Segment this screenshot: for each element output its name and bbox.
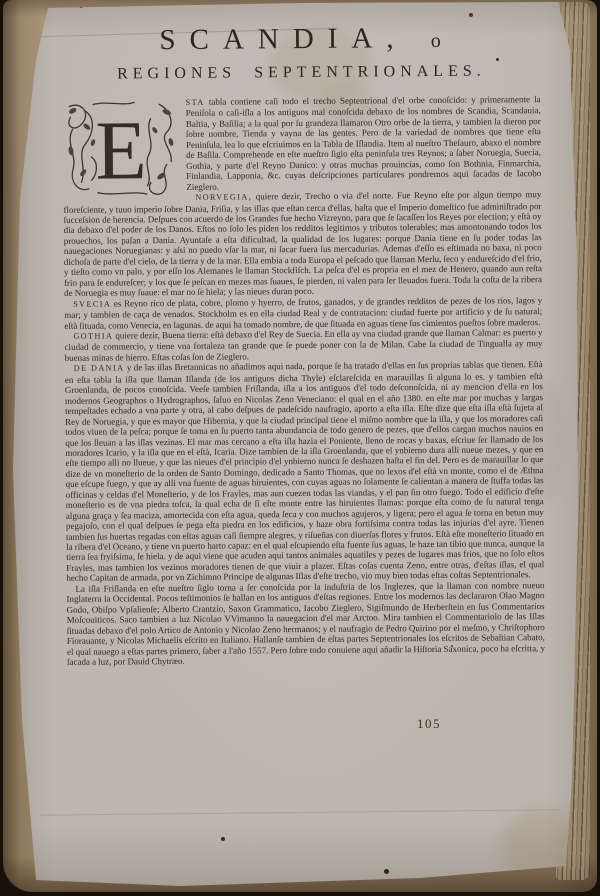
body-paragraph: SVECIA es Reyno rico de plata, cobre, pl… xyxy=(64,295,542,331)
paragraph-text: tabla contiene caſi todo el trecho Septe… xyxy=(186,94,542,191)
body-paragraph: DE DANIA y de las iſlas Bretannicas no a… xyxy=(65,359,545,583)
paragraph-lead: NORVEGIA, xyxy=(195,192,252,201)
page-number: 105 xyxy=(417,716,441,732)
paragraph-lead: SVECIA xyxy=(73,299,111,308)
body-paragraph: GOTHIA quiere dezir, Buena tierra: eſtà … xyxy=(64,327,542,363)
speck xyxy=(221,837,225,841)
paragraph-lead: GOTHIA xyxy=(73,331,113,340)
page-subtitle: REGIONES SEPTENTRIONALES. xyxy=(62,61,540,85)
book-photo: SCANDIA, o REGIONES SEPTENTRIONALES. xyxy=(0,0,600,896)
paragraph-lead: DE DANIA xyxy=(74,364,125,373)
paper-crease xyxy=(40,809,560,815)
title-main: SCANDIA, xyxy=(159,22,407,56)
page-title: SCANDIA, o xyxy=(62,20,540,61)
page-content: SCANDIA, o REGIONES SEPTENTRIONALES. xyxy=(62,20,545,667)
paragraph-text: La iſla Friſlanda en eſte nueſtro ſiglo … xyxy=(66,580,544,667)
paragraph-lead: STA xyxy=(186,98,205,107)
body-paragraph: La iſla Friſlanda en eſte nueſtro ſiglo … xyxy=(66,580,545,667)
speck xyxy=(469,13,473,17)
speck xyxy=(384,869,389,874)
title-suffix: o xyxy=(431,30,443,52)
body-paragraph: NORVEGIA, quiere dezir, Trecho o via d'e… xyxy=(63,189,542,298)
paragraph-text: y de las iſlas Bretannicas no añadimos a… xyxy=(65,359,545,583)
body-paragraph: E STA tabla contiene caſi todo el trecho… xyxy=(63,94,542,193)
paragraph-text: es Reyno rico de plata, cobre, plomo y h… xyxy=(64,295,542,331)
drop-cap-letter: E xyxy=(95,104,147,197)
paragraph-text: quiere dezir, Buena tierra: eſtà debaxo … xyxy=(65,327,543,363)
page-sheet: SCANDIA, o REGIONES SEPTENTRIONALES. xyxy=(0,0,600,896)
body-text: E STA tabla contiene caſi todo el trecho… xyxy=(63,94,545,667)
drop-cap: E xyxy=(63,98,180,199)
paragraph-text: quiere dezir, Trecho o via d'el norte. F… xyxy=(63,189,542,298)
